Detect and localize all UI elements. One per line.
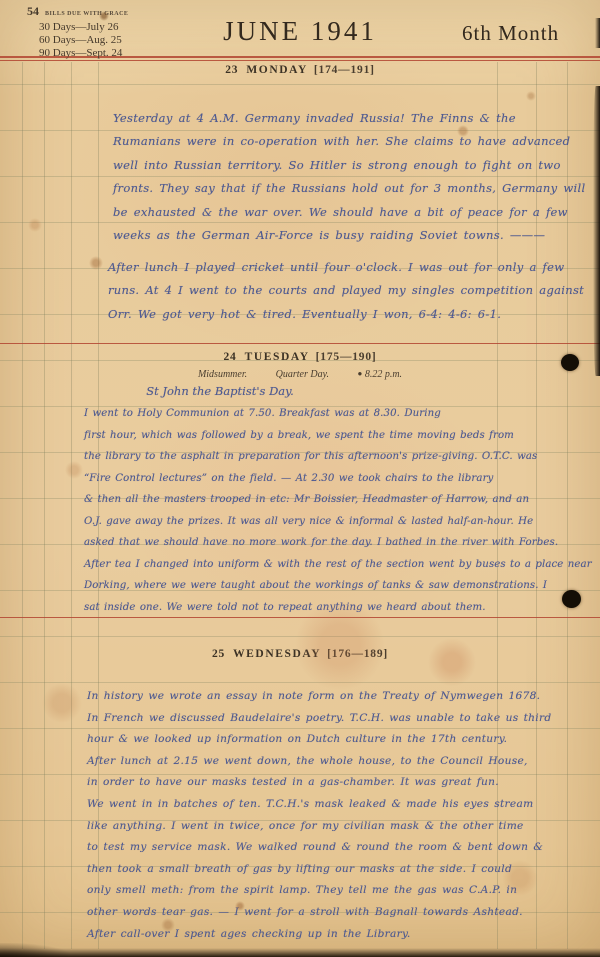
section-divider-red: [0, 343, 600, 344]
handwriting-line: fronts. They say that if the Russians ho…: [113, 177, 585, 200]
moon-phase-time: 8.22 p.m.: [365, 369, 402, 380]
almanac-midsummer: Midsummer.: [198, 369, 247, 380]
torn-right-edge-top: [595, 18, 600, 48]
handwriting-line: to test my service mask. We walked round…: [87, 837, 551, 859]
handwriting-line: O.J. gave away the prizes. It was all ve…: [84, 511, 592, 533]
margin-rule: [44, 62, 45, 949]
handwriting-line: sat inside one. We were told not to repe…: [84, 597, 592, 619]
day-number: 24: [223, 351, 236, 363]
handwriting-line: first hour, which was followed by a brea…: [84, 425, 592, 447]
tuesday-header: 24TUESDAY[175—190]: [0, 351, 600, 363]
day-name: TUESDAY: [245, 351, 310, 363]
handwriting-line: be exhausted & the war over. We should h…: [113, 201, 585, 224]
punch-hole: [562, 590, 581, 608]
handwriting-line: “Fire Control lectures” on the field. — …: [84, 468, 592, 490]
monday-entry-paragraph-2: After lunch I played cricket until four …: [108, 256, 584, 326]
day-of-year-range: [174—191]: [314, 64, 375, 76]
day-name: MONDAY: [246, 64, 308, 76]
handwriting-line: In history we wrote an essay in note for…: [87, 686, 551, 708]
scan-bottom-edge: [0, 948, 600, 957]
tuesday-almanac-line: Midsummer. Quarter Day. ● 8.22 p.m.: [0, 369, 600, 380]
day-number: 23: [225, 64, 238, 76]
monday-header: 23MONDAY[174—191]: [0, 64, 600, 76]
margin-rule: [71, 62, 72, 949]
day-name: WEDNESDAY: [233, 648, 321, 660]
almanac-quarter-day: Quarter Day.: [276, 369, 329, 380]
handwriting-line: & then all the masters trooped in etc: M…: [84, 489, 592, 511]
wednesday-entry: In history we wrote an essay in note for…: [87, 686, 551, 945]
handwriting-line: weeks as the German Air-Force is busy ra…: [113, 224, 585, 247]
day-number: 25: [212, 648, 225, 660]
handwriting-line: in order to have our masks tested in a g…: [87, 772, 551, 794]
wednesday-header: 25WEDNESDAY[176—189]: [0, 648, 600, 660]
header-red-rule-2: [0, 60, 600, 61]
moon-phase-icon: ●: [357, 369, 362, 378]
handwriting-line: After call-over I spent ages checking up…: [87, 924, 551, 946]
day-of-year-range: [175—190]: [316, 351, 377, 363]
handwriting-line: Rumanians were in co-operation with her.…: [113, 130, 585, 153]
tuesday-handwritten-heading: St John the Baptist's Day.: [0, 384, 440, 398]
handwriting-line: only smell meth: from the spirit lamp. T…: [87, 880, 551, 902]
handwriting-line: Dorking, where we were taught about the …: [84, 575, 592, 597]
margin-rule: [22, 62, 23, 949]
tuesday-entry: I went to Holy Communion at 7.50. Breakf…: [84, 403, 592, 618]
scan-bottom-left-corner: [0, 943, 70, 957]
handwriting-line: Yesterday at 4 A.M. Germany invaded Russ…: [113, 107, 585, 130]
handwriting-line: runs. At 4 I went to the courts and play…: [108, 279, 584, 302]
handwriting-line: In French we discussed Baudelaire's poet…: [87, 708, 551, 730]
handwriting-line: After tea I changed into uniform & with …: [84, 554, 592, 576]
handwriting-line: the library to the asphalt in preparatio…: [84, 446, 592, 468]
handwriting-line: then took a small breath of gas by lifti…: [87, 859, 551, 881]
diary-page: 54BILLS DUE WITH GRACE 30 Days—July 26 6…: [0, 0, 600, 957]
punch-hole: [561, 354, 579, 371]
handwriting-line: like anything. I went in twice, once for…: [87, 816, 551, 838]
handwriting-line: We went in in batches of ten. T.C.H.'s m…: [87, 794, 551, 816]
month-ordinal: 6th Month: [462, 21, 559, 46]
handwriting-line: other words tear gas. — I went for a str…: [87, 902, 551, 924]
handwriting-line: I went to Holy Communion at 7.50. Breakf…: [84, 403, 592, 425]
handwriting-line: asked that we should have no more work f…: [84, 532, 592, 554]
torn-right-edge: [593, 86, 600, 376]
handwriting-line: well into Russian territory. So Hitler i…: [113, 154, 585, 177]
day-of-year-range: [176—189]: [327, 648, 388, 660]
bills-line: 90 Days—Sept. 24: [39, 47, 128, 60]
handwriting-line: Orr. We got very hot & tired. Eventually…: [108, 303, 584, 326]
monday-entry-paragraph-1: Yesterday at 4 A.M. Germany invaded Russ…: [113, 107, 585, 247]
handwriting-line: After lunch at 2.15 we went down, the wh…: [87, 751, 551, 773]
handwriting-line: After lunch I played cricket until four …: [108, 256, 584, 279]
handwriting-line: hour & we looked up information on Dutch…: [87, 729, 551, 751]
